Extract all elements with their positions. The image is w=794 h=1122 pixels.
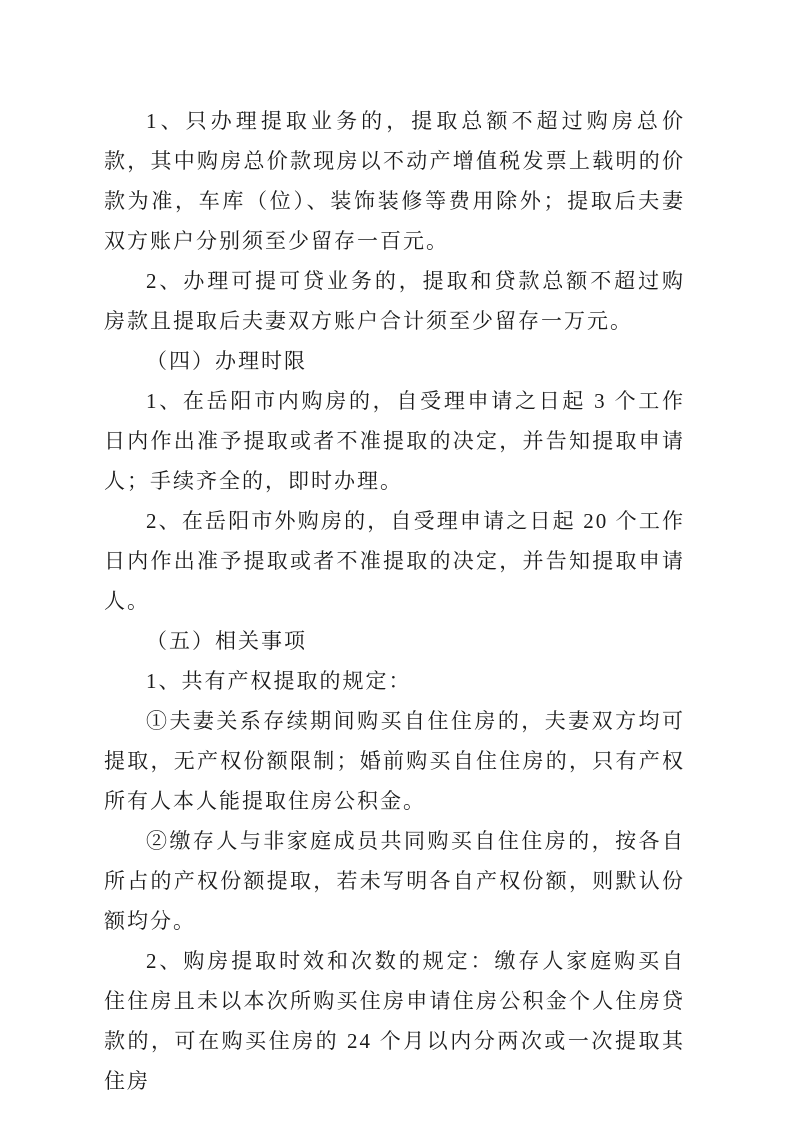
document-page: 1、只办理提取业务的，提取总额不超过购房总价款，其中购房总价款现房以不动产增值税… [0,0,794,1122]
paragraph-withdrawal-only-rule: 1、只办理提取业务的，提取总额不超过购房总价款，其中购房总价款现房以不动产增值税… [104,101,685,261]
section-heading-related-matters: （五）相关事项 [104,621,685,661]
document-body: 1、只办理提取业务的，提取总额不超过购房总价款，其中购房总价款现房以不动产增值税… [104,101,685,1101]
paragraph-outside-city-time-limit: 2、在岳阳市外购房的，自受理申请之日起 20 个工作日内作出准予提取或者不准提取… [104,501,685,621]
paragraph-withdrawal-timing-and-count-rule: 2、购房提取时效和次数的规定：缴存人家庭购买自住住房且未以本次所购买住房申请住房… [104,941,685,1101]
paragraph-shared-ownership-rule-title: 1、共有产权提取的规定： [104,661,685,701]
paragraph-non-family-co-purchase-rule: ②缴存人与非家庭成员共同购买自住住房的，按各自所占的产权份额提取，若未写明各自产… [104,821,685,941]
paragraph-spouse-ownership-rule: ①夫妻关系存续期间购买自住住房的，夫妻双方均可提取，无产权份额限制；婚前购买自住… [104,701,685,821]
section-heading-processing-time-limit: （四）办理时限 [104,341,685,381]
paragraph-within-city-time-limit: 1、在岳阳市内购房的，自受理申请之日起 3 个工作日内作出准予提取或者不准提取的… [104,381,685,501]
paragraph-withdraw-and-loan-rule: 2、办理可提可贷业务的，提取和贷款总额不超过购房款且提取后夫妻双方账户合计须至少… [104,261,685,341]
